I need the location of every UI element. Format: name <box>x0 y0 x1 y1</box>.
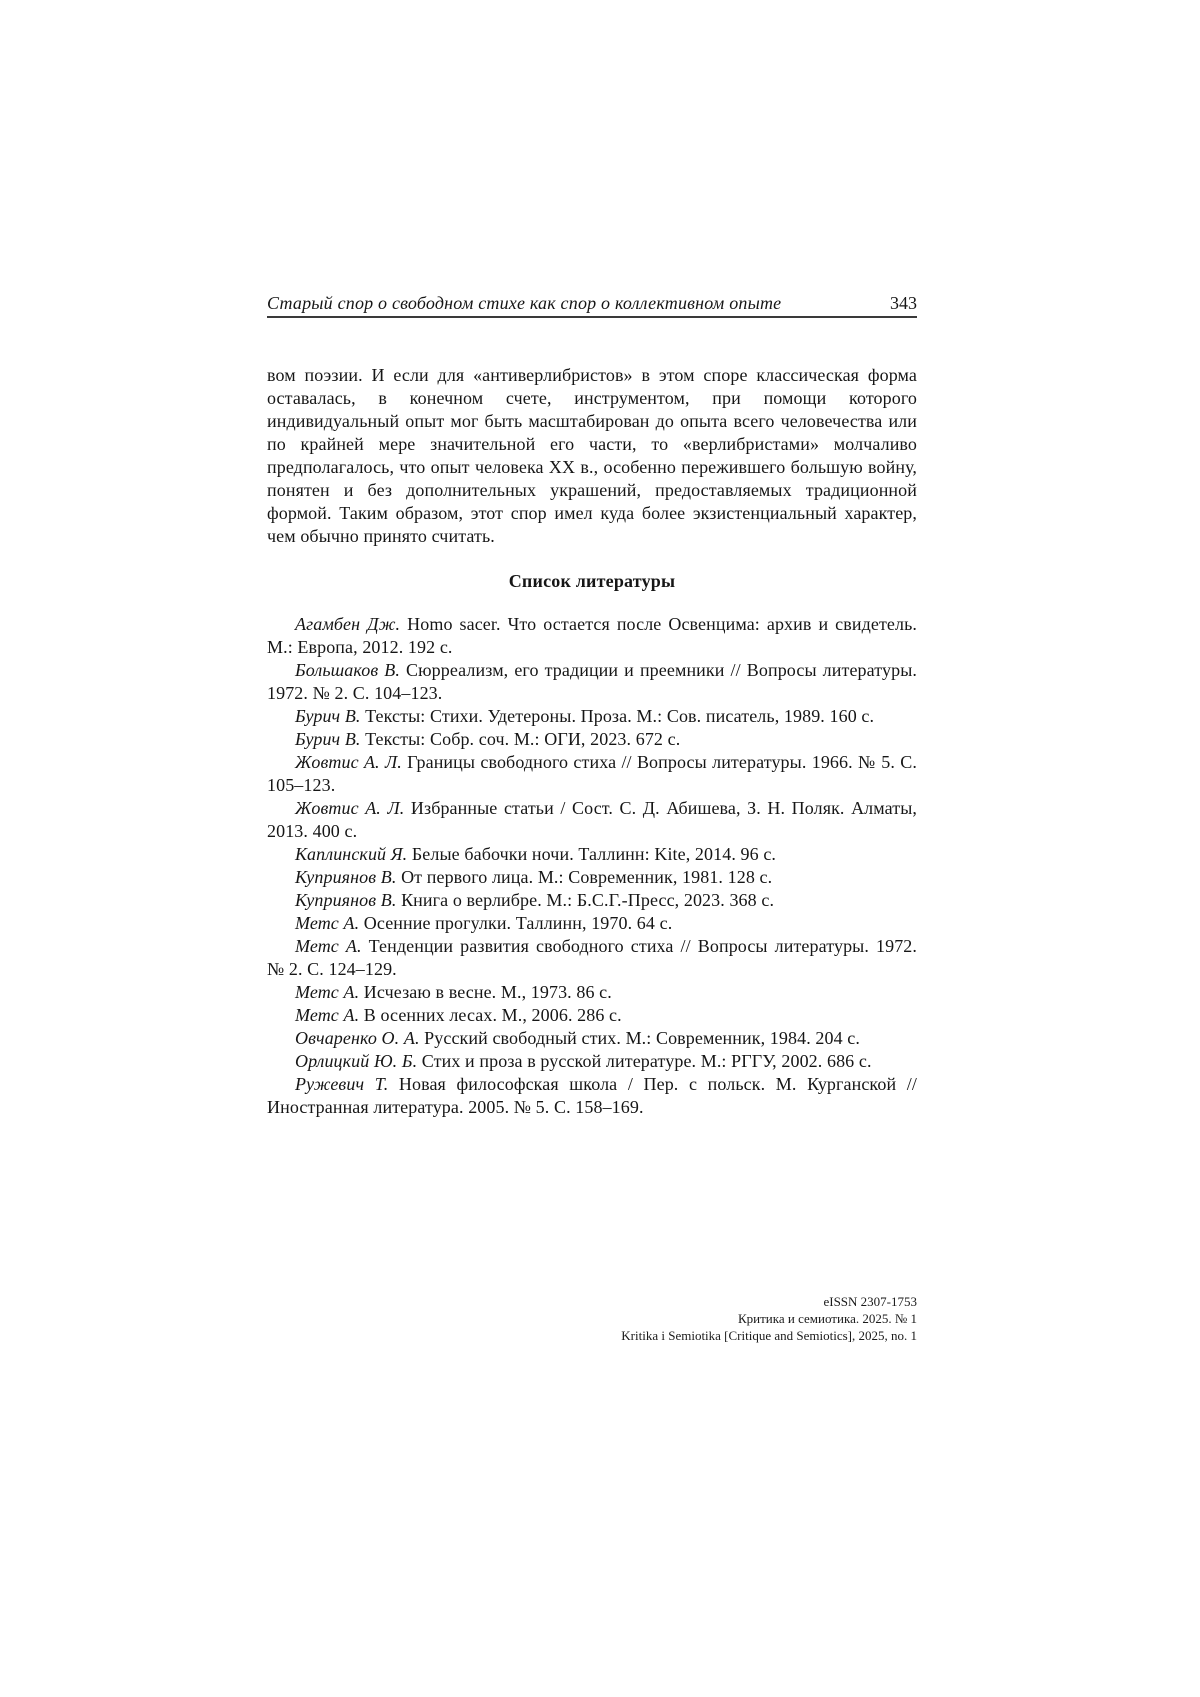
reference-item: Овчаренко О. А. Русский свободный стих. … <box>267 1027 917 1050</box>
page-number: 343 <box>890 292 917 314</box>
reference-item: Орлицкий Ю. Б. Стих и проза в русской ли… <box>267 1050 917 1073</box>
reference-item: Жовтис А. Л. Избранные статьи / Сост. С.… <box>267 797 917 843</box>
reference-author: Овчаренко О. А. <box>295 1028 424 1048</box>
reference-author: Метс А. <box>295 936 369 956</box>
reference-author: Метс А. <box>295 913 364 933</box>
reference-item: Метс А. В осенних лесах. М., 2006. 286 с… <box>267 1004 917 1027</box>
reference-text: В осенних лесах. М., 2006. 286 с. <box>364 1005 622 1025</box>
reference-item: Большаков В. Сюрреализм, его традиции и … <box>267 659 917 705</box>
journal-colophon: eISSN 2307-1753 Критика и семиотика. 202… <box>621 1293 917 1344</box>
reference-author: Куприянов В. <box>295 890 401 910</box>
reference-text: От первого лица. М.: Современник, 1981. … <box>401 867 772 887</box>
reference-author: Метс А. <box>295 1005 364 1025</box>
reference-text: Исчезаю в весне. М., 1973. 86 с. <box>364 982 612 1002</box>
journal-page: Старый спор о свободном стихе как спор о… <box>0 0 1200 1697</box>
reference-item: Жовтис А. Л. Границы свободного стиха //… <box>267 751 917 797</box>
reference-author: Куприянов В. <box>295 867 401 887</box>
reference-author: Агамбен Дж. <box>295 614 407 634</box>
reference-item: Агамбен Дж. Homo sacer. Что остается пос… <box>267 613 917 659</box>
reference-author: Жовтис А. Л. <box>295 752 407 772</box>
reference-item: Метс А. Осенние прогулки. Таллинн, 1970.… <box>267 912 917 935</box>
reference-item: Каплинский Я. Белые бабочки ночи. Таллин… <box>267 843 917 866</box>
reference-item: Бурич В. Тексты: Стихи. Удетероны. Проза… <box>267 705 917 728</box>
reference-text: Стих и проза в русской литературе. М.: Р… <box>422 1051 872 1071</box>
colophon-eissn: eISSN 2307-1753 <box>621 1293 917 1310</box>
reference-item: Ружевич Т. Новая философская школа / Пер… <box>267 1073 917 1119</box>
page-content: Старый спор о свободном стихе как спор о… <box>267 292 917 1119</box>
reference-author: Большаков В. <box>295 660 406 680</box>
running-head-title: Старый спор о свободном стихе как спор о… <box>267 292 781 314</box>
reference-item: Метс А. Исчезаю в весне. М., 1973. 86 с. <box>267 981 917 1004</box>
reference-text: Тексты: Стихи. Удетероны. Проза. М.: Сов… <box>365 706 874 726</box>
reference-author: Орлицкий Ю. Б. <box>295 1051 422 1071</box>
reference-author: Бурич В. <box>295 706 365 726</box>
reference-item: Куприянов В. Книга о верлибре. М.: Б.С.Г… <box>267 889 917 912</box>
reference-item: Куприянов В. От первого лица. М.: Соврем… <box>267 866 917 889</box>
header-rule <box>267 316 917 318</box>
reference-text: Осенние прогулки. Таллинн, 1970. 64 с. <box>364 913 673 933</box>
reference-text: Белые бабочки ночи. Таллинн: Kite, 2014.… <box>412 844 776 864</box>
reference-author: Ружевич Т. <box>295 1074 399 1094</box>
reference-author: Каплинский Я. <box>295 844 412 864</box>
reference-text: Книга о верлибре. М.: Б.С.Г.-Пресс, 2023… <box>401 890 774 910</box>
reference-text: Тексты: Собр. соч. М.: ОГИ, 2023. 672 с. <box>365 729 680 749</box>
colophon-journal-translit: Kritika i Semiotika [Critique and Semiot… <box>621 1327 917 1344</box>
references-heading: Список литературы <box>267 569 917 593</box>
reference-item: Бурич В. Тексты: Собр. соч. М.: ОГИ, 202… <box>267 728 917 751</box>
reference-author: Бурич В. <box>295 729 365 749</box>
colophon-journal-ru: Критика и семиотика. 2025. № 1 <box>621 1310 917 1327</box>
reference-author: Жовтис А. Л. <box>295 798 411 818</box>
running-head: Старый спор о свободном стихе как спор о… <box>267 292 917 314</box>
references-list: Агамбен Дж. Homo sacer. Что остается пос… <box>267 613 917 1119</box>
reference-text: Русский свободный стих. М.: Современник,… <box>424 1028 860 1048</box>
body-paragraph: вом поэзии. И если для «антиверлибристов… <box>267 364 917 548</box>
reference-item: Метс А. Тенденции развития свободного ст… <box>267 935 917 981</box>
reference-author: Метс А. <box>295 982 364 1002</box>
